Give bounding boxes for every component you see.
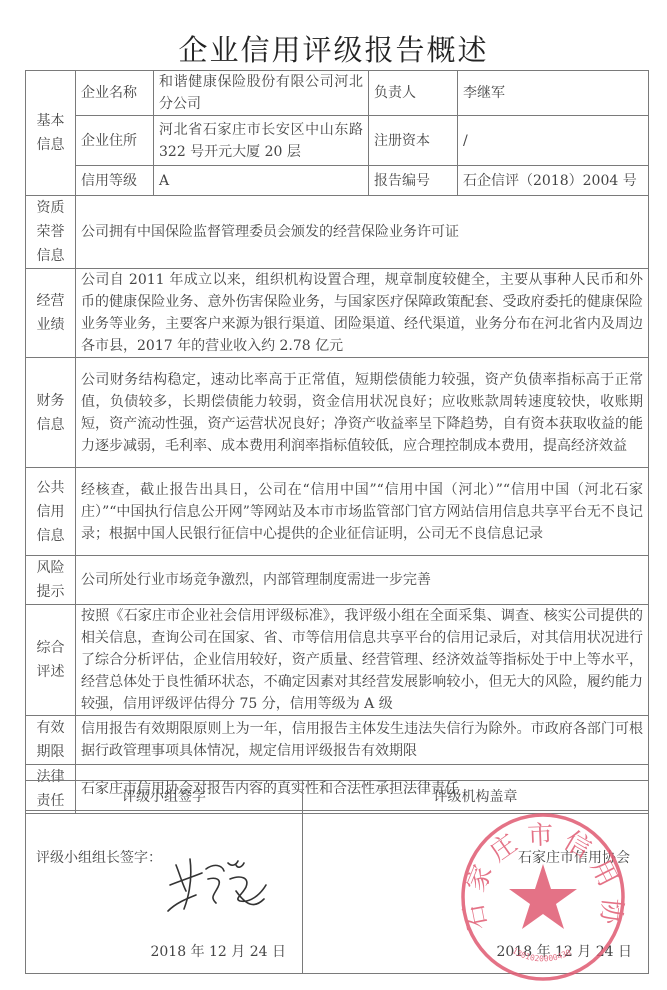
business-performance-text: 公司自 2011 年成立以来，组织机构设置合理，规章制度较健全，主要从事种人民币… xyxy=(76,269,649,358)
row-company-name: 基本信息 企业名称 和谐健康保险股份有限公司河北分公司 负责人 李继军 xyxy=(26,71,649,116)
signature-body-row: 评级小组组长签字： 2018 年 12 月 24 日 石家庄市信用协会 xyxy=(26,811,649,974)
section-label-basic-info: 基本信息 xyxy=(26,71,76,196)
person-in-charge-value: 李继军 xyxy=(458,71,649,116)
team-signature-cell: 评级小组组长签字： 2018 年 12 月 24 日 xyxy=(26,811,303,974)
signature-table: 评级小组签字 评级机构盖章 评级小组组长签字： 2018 年 12 月 24 日 xyxy=(25,780,649,974)
official-seal-icon: 石 家 庄 市 信 用 协 会 1301020000430 xyxy=(458,812,628,982)
row-financial-info: 财务信息 公司财务结构稳定，速动比率高于正常值，短期偿债能力较强，资产负债率指标… xyxy=(26,358,649,468)
report-table: 基本信息 企业名称 和谐健康保险股份有限公司河北分公司 负责人 李继军 企业住所… xyxy=(25,70,649,814)
svg-text:1301020000430: 1301020000430 xyxy=(511,946,573,963)
address-value: 河北省石家庄市长安区中山东路 322 号开元大厦 20 层 xyxy=(154,116,369,166)
report-no-value: 石企信评（2018）2004 号 xyxy=(458,166,649,196)
company-name-label: 企业名称 xyxy=(76,71,154,116)
company-name-value: 和谐健康保险股份有限公司河北分公司 xyxy=(154,71,369,116)
org-seal-cell: 石家庄市信用协会 石 家 庄 市 信 用 协 会 1301020000430 2… xyxy=(303,811,649,974)
credit-level-label: 信用等级 xyxy=(76,166,154,196)
section-label-qualification: 资质荣誉信息 xyxy=(26,196,76,269)
financial-info-text: 公司财务结构稳定，速动比率高于正常值，短期偿债能力较强，资产负债率指标高于正常值… xyxy=(76,358,649,468)
registered-capital-label: 注册资本 xyxy=(369,116,458,166)
public-credit-text: 经核查，截止报告出具日，公司在“信用中国”“信用中国（河北）”“信用中国（河北石… xyxy=(76,468,649,556)
page-title: 企业信用评级报告概述 xyxy=(0,28,667,69)
row-credit-level: 信用等级 A 报告编号 石企信评（2018）2004 号 xyxy=(26,166,649,196)
row-qualification: 资质荣誉信息 公司拥有中国保险监督管理委员会颁发的经营保险业务许可证 xyxy=(26,196,649,269)
section-label-business: 经营业绩 xyxy=(26,269,76,358)
section-label-validity: 有效期限 xyxy=(26,716,76,765)
qualification-text: 公司拥有中国保险监督管理委员会颁发的经营保险业务许可证 xyxy=(76,196,649,269)
person-in-charge-label: 负责人 xyxy=(369,71,458,116)
section-label-public-credit: 公共信用信息 xyxy=(26,468,76,556)
row-risk: 风险提示 公司所处行业市场竞争激烈，内部管理制度需进一步完善 xyxy=(26,556,649,605)
summary-text: 按照《石家庄市企业社会信用评级标准》，我评级小组在全面采集、调查、核实公司提供的… xyxy=(76,605,649,716)
section-label-summary: 综合评述 xyxy=(26,605,76,716)
team-leader-label: 评级小组组长签字： xyxy=(36,847,162,867)
row-public-credit: 公共信用信息 经核查，截止报告出具日，公司在“信用中国”“信用中国（河北）”“信… xyxy=(26,468,649,556)
signature-header-row: 评级小组签字 评级机构盖章 xyxy=(26,781,649,811)
risk-text: 公司所处行业市场竞争激烈，内部管理制度需进一步完善 xyxy=(76,556,649,605)
row-summary: 综合评述 按照《石家庄市企业社会信用评级标准》，我评级小组在全面采集、调查、核实… xyxy=(26,605,649,716)
team-signature-header: 评级小组签字 xyxy=(26,781,303,811)
section-label-financial: 财务信息 xyxy=(26,358,76,468)
registered-capital-value: / xyxy=(458,116,649,166)
org-seal-header: 评级机构盖章 xyxy=(303,781,649,811)
row-business-performance: 经营业绩 公司自 2011 年成立以来，组织机构设置合理，规章制度较健全，主要从… xyxy=(26,269,649,358)
row-validity: 有效期限 信用报告有效期限原则上为一年，信用报告主体发生违法失信行为除外。市政府… xyxy=(26,716,649,765)
section-label-risk: 风险提示 xyxy=(26,556,76,605)
handwritten-signature-icon xyxy=(166,855,276,915)
credit-level-value: A xyxy=(154,166,369,196)
row-address: 企业住所 河北省石家庄市长安区中山东路 322 号开元大厦 20 层 注册资本 … xyxy=(26,116,649,166)
team-signature-date: 2018 年 12 月 24 日 xyxy=(150,941,286,961)
address-label: 企业住所 xyxy=(76,116,154,166)
report-no-label: 报告编号 xyxy=(369,166,458,196)
validity-text: 信用报告有效期限原则上为一年，信用报告主体发生违法失信行为除外。市政府各部门可根… xyxy=(76,716,649,765)
